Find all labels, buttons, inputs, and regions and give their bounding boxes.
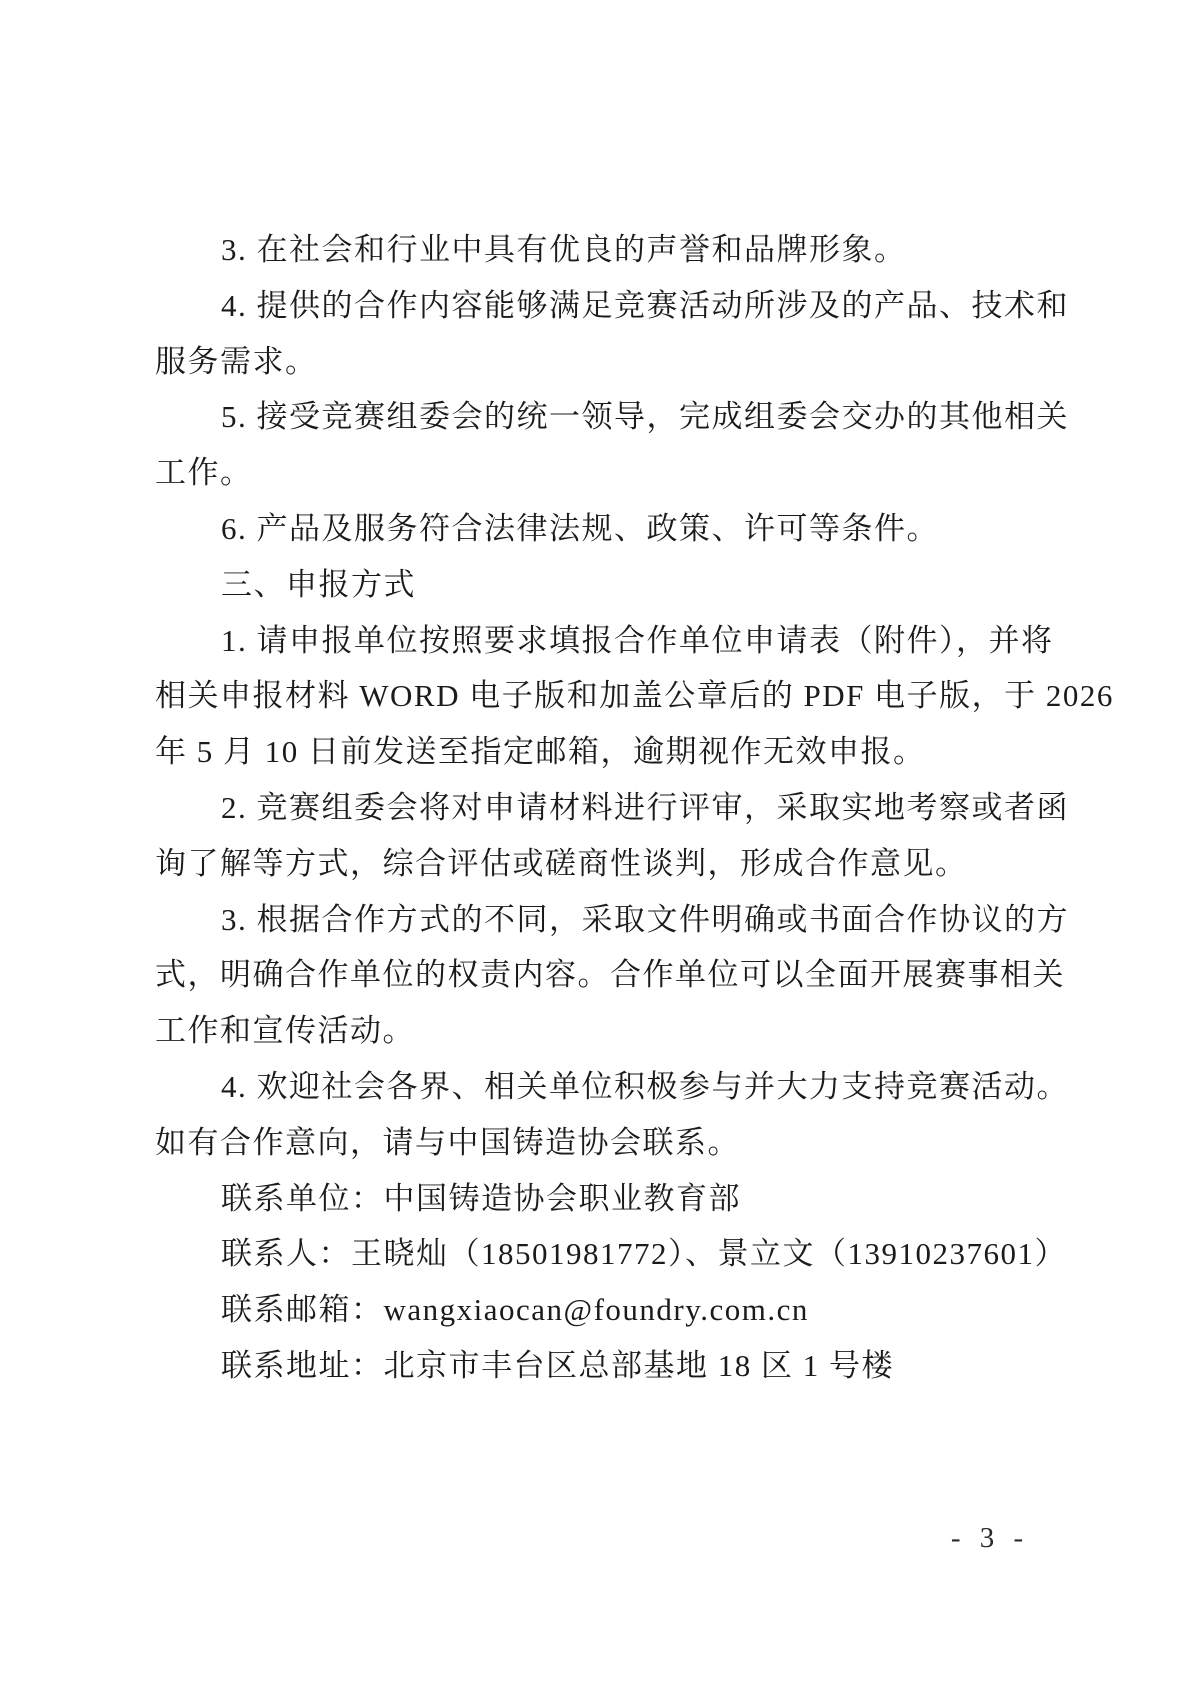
document-body: 3. 在社会和行业中具有优良的声誉和品牌形象。4. 提供的合作内容能够满足竞赛活… (155, 222, 1065, 1394)
text-line: 联系邮箱：wangxiaocan@foundry.com.cn (155, 1282, 1065, 1338)
text-line: 6. 产品及服务符合法律法规、政策、许可等条件。 (155, 501, 1065, 557)
text-line: 询了解等方式，综合评估或磋商性谈判，形成合作意见。 (155, 836, 1065, 892)
text-line: 年 5 月 10 日前发送至指定邮箱，逾期视作无效申报。 (155, 724, 1065, 780)
text-line: 1. 请申报单位按照要求填报合作单位申请表（附件），并将 (155, 613, 1065, 669)
text-line: 3. 根据合作方式的不同，采取文件明确或书面合作协议的方 (155, 892, 1065, 948)
text-line: 工作和宣传活动。 (155, 1003, 1065, 1059)
text-line: 联系地址：北京市丰台区总部基地 18 区 1 号楼 (155, 1338, 1065, 1394)
document-page: 3. 在社会和行业中具有优良的声誉和品牌形象。4. 提供的合作内容能够满足竞赛活… (0, 0, 1200, 1697)
text-line: 4. 提供的合作内容能够满足竞赛活动所涉及的产品、技术和 (155, 278, 1065, 334)
text-line: 4. 欢迎社会各界、相关单位积极参与并大力支持竞赛活动。 (155, 1059, 1065, 1115)
text-line: 如有合作意向，请与中国铸造协会联系。 (155, 1115, 1065, 1171)
text-line: 式，明确合作单位的权责内容。合作单位可以全面开展赛事相关 (155, 947, 1065, 1003)
text-line: 联系人：王晓灿（18501981772）、景立文（13910237601） (155, 1226, 1065, 1282)
text-line: 服务需求。 (155, 334, 1065, 390)
text-line: 相关申报材料 WORD 电子版和加盖公章后的 PDF 电子版，于 2026 (155, 668, 1065, 724)
text-line: 2. 竞赛组委会将对申请材料进行评审，采取实地考察或者函 (155, 780, 1065, 836)
text-line: 三、申报方式 (155, 557, 1065, 613)
page-number: - 3 - (880, 1522, 1100, 1555)
text-line: 工作。 (155, 445, 1065, 501)
text-line: 3. 在社会和行业中具有优良的声誉和品牌形象。 (155, 222, 1065, 278)
text-line: 联系单位：中国铸造协会职业教育部 (155, 1171, 1065, 1227)
text-line: 5. 接受竞赛组委会的统一领导，完成组委会交办的其他相关 (155, 389, 1065, 445)
